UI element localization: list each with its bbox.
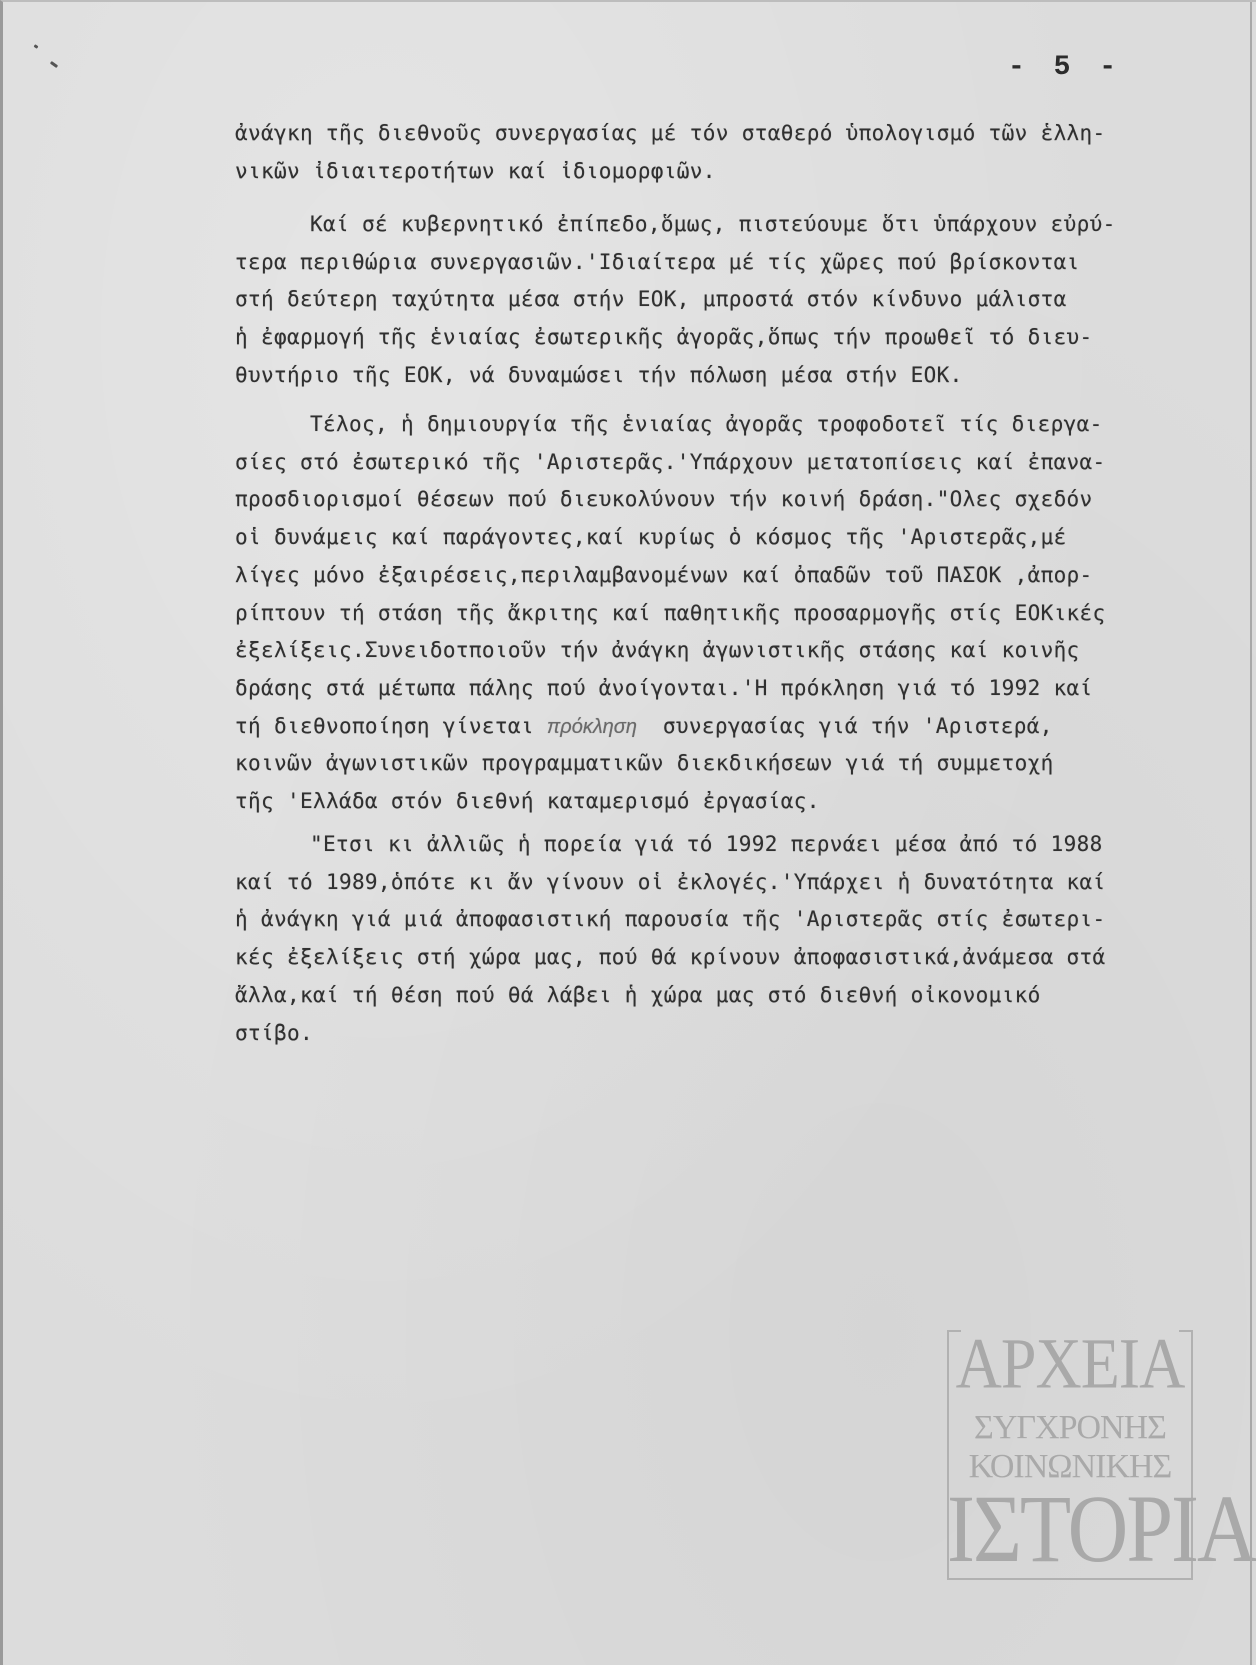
scan-speck (34, 44, 39, 49)
page-edge (1250, 2, 1252, 1665)
typed-line: προσδιορισμοί θέσεων πού διευκολύνουν τή… (235, 486, 1093, 512)
page-number: - 5 - (1008, 52, 1122, 83)
typed-line: τή διεθνοποίηση γίνεται πρόκληση συνεργα… (235, 713, 1053, 740)
typed-line: λίγες μόνο ἐξαιρέσεις,περιλαμβανομένων κ… (235, 562, 1093, 588)
stamp-line-contemporary: ΣΥΓΧΡΟΝΗΣ (947, 1408, 1193, 1448)
typed-line: Καί σέ κυβερνητικό ἐπίπεδο,ὅμως, πιστεύο… (310, 211, 1116, 237)
typed-line: τῆς 'Ελλάδα στόν διεθνή καταμερισμό ἐργα… (235, 788, 820, 814)
scan-speck (50, 61, 58, 68)
scanned-page: - 5 - ἀνάγκη τῆς διεθνοῦς συνεργασίας μέ… (0, 0, 1256, 1665)
typed-line: στίβο. (235, 1020, 313, 1046)
archive-watermark-stamp: ΑΡΧΕΙΑ ΣΥΓΧΡΟΝΗΣ ΚΟΙΝΩΝΙΚΗΣ ΙΣΤΟΡΙΑΣ (947, 1330, 1195, 1582)
typed-line: στή δεύτερη ταχύτητα μέσα στήν ΕΟΚ, μπρο… (235, 286, 1067, 312)
typed-line: νικῶν ἰδιαιτεροτήτων καί ἰδιομορφιῶν. (235, 158, 716, 184)
typed-line: τερα περιθώρια συνεργασιῶν.'Ιδιαίτερα μέ… (235, 249, 1080, 275)
typed-line: ἡ ἐφαρμογή τῆς ἑνιαίας ἐσωτερικῆς ἀγορᾶς… (235, 324, 1093, 350)
typed-line: ρίπτουν τή στάση τῆς ἄκριτης καί παθητικ… (235, 600, 1106, 626)
typed-line: σίες στό ἐσωτερικό τῆς 'Αριστερᾶς.'Υπάρχ… (235, 449, 1106, 475)
typed-line: καί τό 1989,ὁπότε κι ἄν γίνουν οἱ ἐκλογέ… (235, 869, 1106, 895)
typed-line: θυντήριο τῆς ΕΟΚ, νά δυναμώσει τήν πόλωσ… (235, 362, 963, 388)
typed-line: Τέλος, ἡ δημιουργία τῆς ἑνιαίας ἀγορᾶς τ… (310, 411, 1103, 437)
typed-line: κές ἐξελίξεις στή χώρα μας, πού θά κρίνο… (235, 944, 1106, 970)
typed-line: ἄλλα,καί τή θέση πού θά λάβει ἡ χώρα μας… (235, 982, 1041, 1008)
typed-line: δράσης στά μέτωπα πάλης πού ἀνοίγονται.'… (235, 675, 1093, 701)
typed-line: ἡ ἀνάγκη γιά μιά ἀποφασιστική παρουσία τ… (235, 906, 1106, 932)
typed-line: κοινῶν ἀγωνιστικῶν προγραμματικῶν διεκδι… (235, 750, 1054, 776)
typed-line: "Ετσι κι ἀλλιῶς ἡ πορεία γιά τό 1992 περ… (310, 831, 1103, 857)
stamp-line-history: ΙΣΤΟΡΙΑΣ (947, 1473, 1193, 1588)
typed-line: οἱ δυνάμεις καί παράγοντες,καί κυρίως ὁ … (235, 524, 1067, 550)
stamp-line-archives: ΑΡΧΕΙΑ (947, 1319, 1193, 1409)
typed-line: ἐξελίξεις.Συνειδοτποιοῦν τήν ἀνάγκη ἀγων… (235, 637, 1080, 663)
handwritten-insert: πρόκληση (547, 716, 637, 738)
typed-line: ἀνάγκη τῆς διεθνοῦς συνεργασίας μέ τόν σ… (235, 120, 1106, 146)
